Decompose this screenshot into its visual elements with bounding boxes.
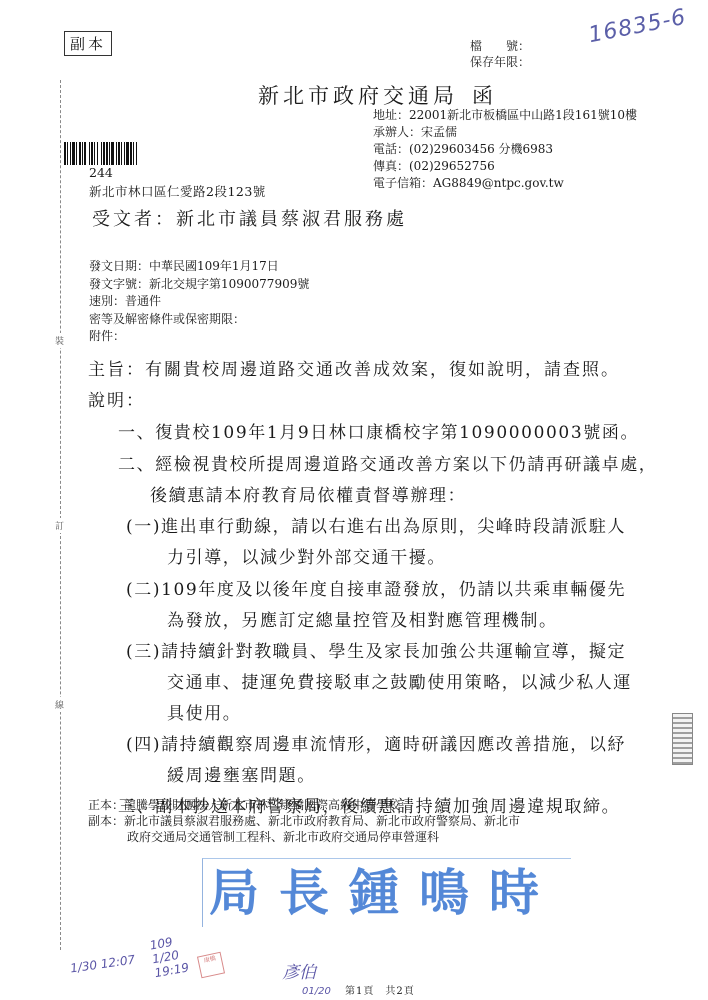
mailing-address: 新北市林口區仁愛路2段123號 bbox=[89, 182, 266, 200]
explanation-line: 力引導，以減少對外部交通干擾。 bbox=[167, 543, 446, 568]
retention-label: 保存年限： bbox=[470, 54, 532, 70]
agency-address: 地址：22001新北市板橋區中山路1段161號10樓 bbox=[373, 107, 637, 124]
original-recipient: 正本：龍騰學校財團法人新北市林口康橋國際高級中等學校 bbox=[88, 797, 520, 813]
explanation-line: 一、復貴校109年1月9日林口康橋校字第1090000003號函。 bbox=[118, 418, 639, 443]
page-number: 第1頁 共2頁 bbox=[345, 982, 415, 997]
explanation-line: 為發放，另應訂定總量控管及相對應管理機制。 bbox=[167, 606, 558, 631]
document-number: 發文字號：新北交規字第1090077909號 bbox=[89, 276, 309, 294]
handwritten-file-number: 16835-6 bbox=[587, 5, 689, 48]
recipient: 受文者：新北市議員蔡淑君服務處 bbox=[92, 205, 407, 231]
contact-block: 地址：22001新北市板橋區中山路1段161號10樓 承辦人：宋孟儒 電話：(0… bbox=[373, 107, 637, 192]
officer: 承辦人：宋孟儒 bbox=[373, 124, 637, 141]
file-number-label: 檔 號： bbox=[470, 38, 532, 54]
explanation-line: 交通車、捷運免費接駁車之鼓勵使用策略，以減少私人運 bbox=[167, 668, 632, 693]
copy-label-box: 副本 bbox=[64, 31, 112, 56]
issue-date: 發文日期：中華民國109年1月17日 bbox=[89, 258, 309, 276]
binding-mark-ding: 訂 bbox=[55, 518, 64, 533]
red-stamp: 康橋 bbox=[197, 952, 225, 979]
document-type: 函 bbox=[472, 84, 497, 108]
file-number-row: 檔 號： bbox=[470, 38, 532, 54]
file-meta: 檔 號： 保存年限： bbox=[470, 38, 532, 70]
barcode-bar bbox=[137, 142, 138, 165]
handwritten-date-small: 01/20 bbox=[302, 986, 331, 997]
barcode bbox=[64, 142, 224, 165]
email: 電子信箱：AG8849@ntpc.gov.tw bbox=[373, 175, 637, 192]
explanation-line: (二)109年度及以後年度自接車證發放，仍請以共乘車輛優先 bbox=[126, 575, 626, 600]
director-seal: 局長鍾鳴時 bbox=[202, 858, 571, 927]
binding-mark-xian: 線 bbox=[55, 697, 64, 712]
agency-name: 新北市政府交通局 bbox=[258, 84, 458, 108]
fax: 傳真：(02)29652756 bbox=[373, 158, 637, 175]
handwritten-note-mid: 109 1/20 19:19 bbox=[149, 932, 196, 980]
binding-line bbox=[60, 80, 61, 950]
explanation-line: 二、經檢視貴校所提周邊道路交通改善方案以下仍請再研議卓處， bbox=[118, 450, 657, 475]
explanation-line: 緩周邊壅塞問題。 bbox=[167, 761, 316, 786]
handwritten-note-left: 1/30 12:07 bbox=[69, 953, 136, 976]
copy-recipients-line1: 副本：新北市議員蔡淑君服務處、新北市政府教育局、新北市政府警察局、新北市 bbox=[88, 813, 520, 829]
explanation-line: (三)請持續針對教職員、學生及家長加強公共運輸宣導，擬定 bbox=[126, 637, 626, 662]
handwritten-initials: 彥伯 bbox=[282, 958, 316, 983]
retention-row: 保存年限： bbox=[470, 54, 532, 70]
copy-recipients-line2: 政府交通局交通管制工程科、新北市政府交通局停車營運科 bbox=[88, 829, 520, 845]
document-meta: 發文日期：中華民國109年1月17日 發文字號：新北交規字第1090077909… bbox=[89, 258, 309, 346]
attachment: 附件： bbox=[89, 328, 309, 346]
binding-mark-zhuang: 裝 bbox=[55, 333, 64, 348]
phone: 電話：(02)29603456 分機6983 bbox=[373, 141, 637, 158]
explanation-label: 說明： bbox=[88, 386, 145, 411]
distribution-list: 正本：龍騰學校財團法人新北市林口康橋國際高級中等學校 副本：新北市議員蔡淑君服務… bbox=[88, 797, 520, 845]
letterhead-title: 新北市政府交通局函 bbox=[258, 80, 497, 110]
received-stamp bbox=[672, 713, 693, 765]
explanation-line: (四)請持續觀察周邊車流情形，適時研議因應改善措施，以紓 bbox=[126, 730, 626, 755]
explanation-line: 後續惠請本府教育局依權責督導辦理： bbox=[150, 481, 466, 506]
explanation-line: (一)進出車行動線，請以右進右出為原則，尖峰時段請派駐人 bbox=[126, 512, 626, 537]
explanation-line: 具使用。 bbox=[167, 699, 241, 724]
secrecy-level: 密等及解密條件或保密期限： bbox=[89, 311, 309, 329]
subject: 主旨：有關貴校周邊道路交通改善成效案，復如說明，請查照。 bbox=[88, 355, 620, 380]
mailing-zip: 244 bbox=[89, 165, 113, 180]
delivery-speed: 速別：普通件 bbox=[89, 293, 309, 311]
